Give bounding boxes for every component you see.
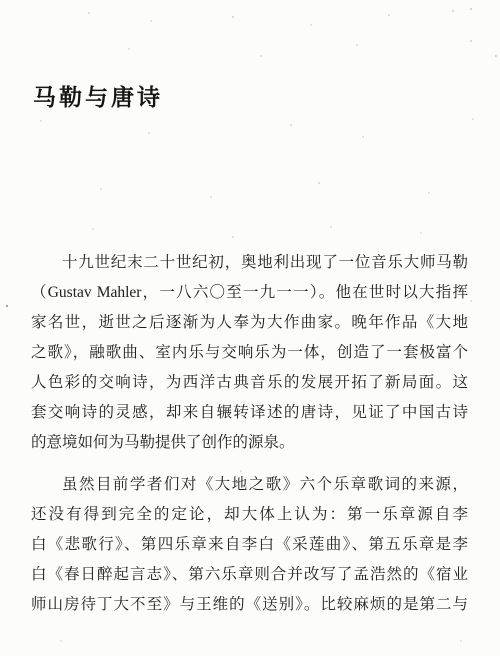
text-line: 还没有得到完全的定论，却大体上认为：第一乐章源自李 [31,500,468,530]
text-line: 十九世纪末二十世纪初，奥地利出现了一位音乐大师马勒 [31,248,468,278]
paragraph-1: 十九世纪末二十世纪初，奥地利出现了一位音乐大师马勒 （Gustav Mahler… [31,248,468,458]
text-line: 套交响诗的灵感，却来自辗转译述的唐诗，见证了中国古诗 [31,398,468,428]
text-line: 的意境如何为马勒提供了创作的源泉。 [31,428,468,458]
article-title: 马勒与唐诗 [33,79,163,112]
text-line: 虽然目前学者们对《大地之歌》六个乐章歌词的来源， [31,470,468,500]
text-line: 人色彩的交响诗，为西洋古典音乐的发展开拓了新局面。这 [31,368,468,398]
text-line: （Gustav Mahler，一八六〇至一九一一）。他在世时以大指挥 [31,278,468,308]
paragraph-2: 虽然目前学者们对《大地之歌》六个乐章歌词的来源， 还没有得到完全的定论，却大体上… [31,470,468,620]
text-line: 家名世，逝世之后逐渐为人奉为大作曲家。晚年作品《大地 [31,308,468,338]
scanned-book-page: 马勒与唐诗 十九世纪末二十世纪初，奥地利出现了一位音乐大师马勒 （Gustav … [0,0,500,656]
text-line: 师山房待丁大不至》与王维的《送别》。比较麻烦的是第二与 [31,590,468,620]
text-line: 之歌》，融歌曲、室内乐与交响乐为一体，创造了一套极富个 [31,338,468,368]
text-line: 白《春日醉起言志》、第六乐章则合并改写了孟浩然的《宿业 [31,560,468,590]
text-line: 白《悲歌行》、第四乐章来自李白《采莲曲》、第五乐章是李 [31,530,468,560]
article-body: 十九世纪末二十世纪初，奥地利出现了一位音乐大师马勒 （Gustav Mahler… [31,248,468,620]
scan-speck-dots [0,0,2,2]
